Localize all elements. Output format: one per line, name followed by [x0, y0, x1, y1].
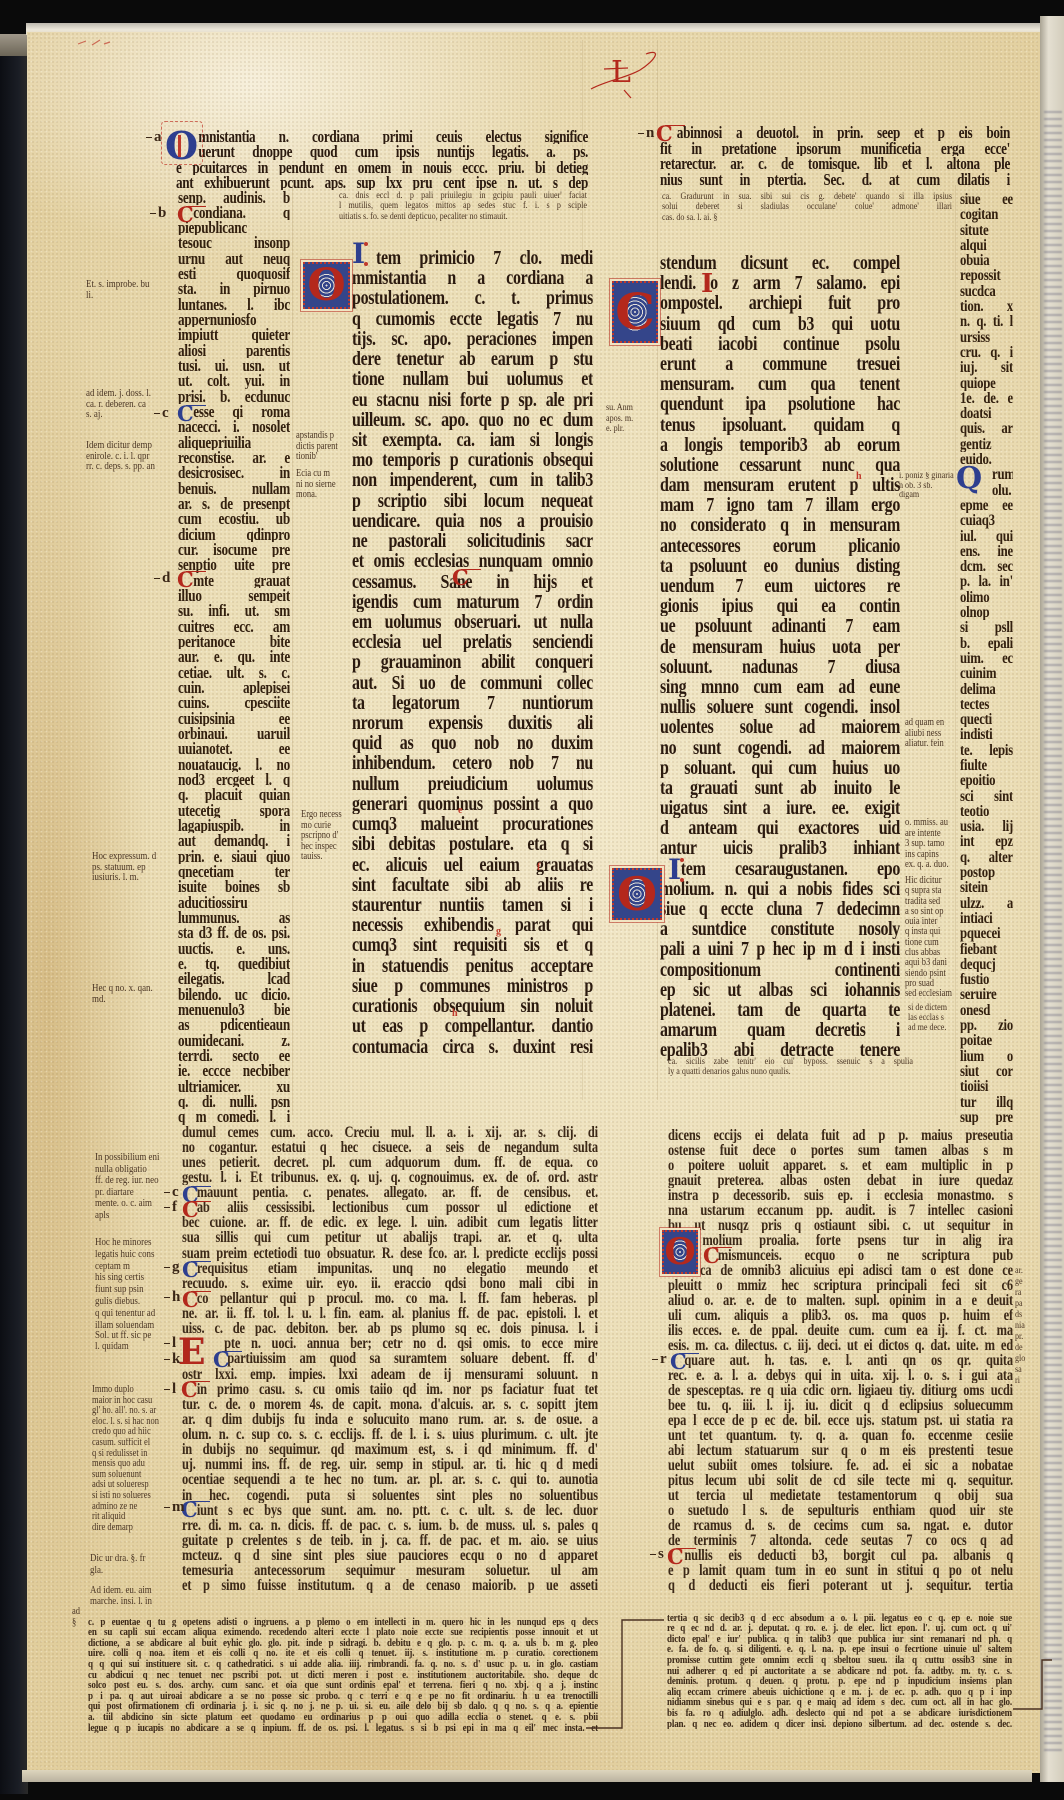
commentary-line: seruire: [960, 987, 1013, 1002]
gloss-line: olum. n. c. sup co. s. c. ecclijs. ff. d…: [182, 1427, 598, 1442]
note-line: e. plr.: [606, 424, 654, 435]
note-line: ins capins: [905, 850, 957, 861]
gloss-line: rec. e. a. l. a. debys qui in uita. xij.…: [668, 1368, 1013, 1383]
text-line: em uolumus obseruari. ut nulla: [352, 612, 593, 632]
gloss-line: ly a quatti denarios galus nuno quulis.: [668, 1067, 913, 1077]
commentary-line: onesd: [960, 1003, 1013, 1018]
note-line: ad: [72, 1606, 88, 1617]
gloss-line: in dubijs no sequimur. qd maximum est, s…: [182, 1442, 598, 1457]
commentary-line: usia. lij: [960, 819, 1013, 834]
gloss-line: in primo casu. s. cu omis taiio qd im. n…: [182, 1382, 598, 1397]
commentary-line: uim. ec: [960, 651, 1013, 666]
commentary-line: olimo: [960, 590, 1013, 605]
text-line: siue q eccte cluna 7 dedecimn: [660, 899, 900, 919]
lower-gloss-right: dicens eccijs ei delata fuit ad p p. mai…: [668, 1128, 1064, 1593]
note-line: gulis diebus.: [95, 1296, 171, 1308]
text-line: ompostel. archiepi fuit pro: [660, 293, 900, 313]
initial-c-red: C: [667, 1546, 684, 1567]
gloss-line: ca. dnis eccl d. p pali priuilegiu in gc…: [339, 191, 587, 201]
commentary-line: tion. x: [960, 299, 1013, 314]
text-line: generari quominus possint a quo: [352, 794, 593, 814]
inner-note: Ecia cu mni no siernemona.: [296, 469, 360, 501]
gloss-line: aliud o. ar. e. de to malten. supl. opin…: [668, 1293, 1013, 1308]
commentary-line: quis. ar: [960, 421, 1013, 436]
initial-q-blue: Q: [956, 464, 982, 494]
text-line: no considerato q in mensuram: [660, 515, 900, 535]
text-line: necessis exhibendis parat qui: [352, 915, 593, 935]
gloss-line: gnauit preterea. albas osten debat in iu…: [668, 1173, 1013, 1188]
initial-c-red: C: [452, 567, 469, 588]
commentary-line: tioiisi: [960, 1079, 1013, 1094]
commentary-line: tusi. ui. usn. ut: [178, 358, 290, 373]
commentary-line: terrdi. secto ee: [178, 1048, 290, 1063]
note-line: siendo psint: [905, 969, 957, 979]
margin-note: Et. s. improbe. buli.: [86, 280, 182, 301]
margin-note: Idem dicitur dempenirole. c. i. l. qprrr…: [86, 441, 182, 473]
commentary-line: aliosi parentis: [178, 343, 290, 358]
note-line: ni no sierne: [296, 480, 350, 491]
note-line: fiunt sup psin: [95, 1284, 171, 1296]
note-line: q qui tenentur ad: [95, 1308, 171, 1320]
gloss-line: partiuissim am quod sa suramtem soluare …: [182, 1351, 598, 1366]
note-line: ds: [1015, 1310, 1037, 1321]
text-line: siuum qd cum b3 qui uotu: [660, 314, 900, 334]
note-line: his sing certis: [95, 1272, 171, 1284]
text-line: ne pastorali solicitudinis sacr: [352, 531, 593, 551]
commentary-line: sitein: [960, 880, 1013, 895]
text-line: solutione cessarunt nunc qua: [660, 455, 900, 475]
text-line: uilleum. sc. apo. quo no ec dum: [352, 410, 593, 430]
paragraph-marker: f: [164, 1200, 177, 1215]
margin-note: Dic ur dra. §. frgla.: [90, 1553, 179, 1577]
commentary-line: p. la. in': [960, 574, 1013, 589]
commentary-line: fustio: [960, 972, 1013, 987]
center-main-text: tem primicio 7 clo. medimmistantia n a c…: [352, 248, 653, 1057]
gloss-line: rre. di. m. ca. n. dicis. ff. de pac. c.…: [182, 1518, 598, 1533]
gloss-line: ca. Gradurunt in sua. sibi sui cis g. de…: [662, 192, 952, 202]
commentary-line: condiana. q: [178, 205, 290, 220]
margin-note: Hoc expressum. dps. statuum. epiusiuris.…: [92, 852, 186, 884]
commentary-line: cuinim: [960, 666, 1013, 681]
rubric-mark: g: [496, 927, 501, 937]
gloss-line: pitus lecum ubi solit de cd sile tecte m…: [668, 1473, 1013, 1488]
text-line: quid as quo nob no duxim: [352, 733, 593, 753]
note-line: pro suad: [905, 979, 957, 989]
footnote-line: re q ec nd d. ar. j. deputat. q ro. e. j…: [667, 1623, 1012, 1634]
commentary-line: q. alter: [960, 850, 1013, 865]
commentary-line: cuitres ecc. am: [178, 619, 290, 634]
text-line: stendum dicsunt ec. compel: [660, 253, 900, 273]
inner-note: si de dictemlas ecclas sad me dece.: [908, 1003, 967, 1033]
note-line: legatis huic cons: [95, 1249, 171, 1261]
initial-c-red: C: [177, 204, 194, 225]
note-line: pscripno d': [301, 831, 351, 842]
footnote-line: e. fa. de fo. q. si diligenti. e. q. l. …: [667, 1644, 1012, 1655]
gloss-line: cas. do sa. l. ai. §: [662, 213, 952, 223]
gloss-line: de terminis 7 altonda. cede seutas 7 co …: [668, 1533, 1013, 1548]
text-line: uerunt dnoppe quod cum ipsis nuntijs leg…: [176, 144, 588, 159]
footnote-line: tertia q sic decib3 q d ecc absodum a o.…: [667, 1613, 1012, 1624]
text-line: ta psoluunt eo dunius disting: [660, 556, 900, 576]
commentary-line: 1e. de. e: [960, 391, 1013, 406]
commentary-line: alqui: [960, 238, 1013, 253]
commentary-line: fiulte: [960, 758, 1013, 773]
note-line: Hic dicitur: [905, 876, 957, 886]
note-line: mensis quo adu: [92, 1459, 170, 1470]
note-line: ad me dece.: [908, 1023, 958, 1033]
text-line: curationis obsequium sin noluit: [352, 996, 593, 1016]
paragraph-marker: b: [150, 206, 166, 221]
text-line: mensuram. cum qua tenent: [660, 374, 900, 394]
text-line: ecclesia uel prelatis senciendi: [352, 632, 593, 652]
text-line: ant exhibuerunt pcunt. aps. sup lxx pru …: [176, 175, 588, 190]
commentary-line: siut cor: [960, 1064, 1013, 1079]
commentary-line: aducitiossiru: [178, 895, 290, 910]
commentary-line: lummunus. as: [178, 910, 290, 925]
right-top-gloss: ca. Gradurunt in sua. sibi sui cis g. de…: [662, 192, 1003, 223]
commentary-line: n. q. ti. l: [960, 314, 1013, 329]
commentary-line: aur. e. qu. inte: [178, 649, 290, 664]
gloss-line: guitate p crelentes s de teib. in j. ca.…: [182, 1533, 598, 1548]
gloss-line: ar. q dim dubijs fu inda e solucuito man…: [182, 1412, 598, 1427]
note-line: nia: [1015, 1321, 1037, 1332]
commentary-line: nouataucig. l. no: [178, 757, 290, 772]
text-line: uolentes solue ad maiorem: [660, 717, 900, 737]
decorated-initial: O: [303, 262, 350, 309]
paragraph-marker: d: [154, 571, 170, 586]
inner-note: o. mmiss. auare intente3 sup. tamoins ca…: [905, 818, 966, 871]
decorated-initial: O: [662, 1230, 698, 1274]
gloss-line: gestu. l. i. Et tribunus. ex. q. uj. q. …: [182, 1170, 598, 1185]
gloss-line: solui deberet si sladiulas occulane' col…: [662, 202, 952, 212]
commentary-line: esti quoquosif: [178, 266, 290, 281]
inner-note: apstandis pdictis parenttionib': [296, 431, 360, 463]
footnote-line: promisse cuttim gete omnim eccli q sbelt…: [667, 1655, 1012, 1666]
gloss-line: l mutilis, quem legatos mittos ap sedes …: [339, 201, 587, 211]
note-line: Ecia cu m: [296, 469, 350, 480]
commentary-line: peritanoce bite: [178, 634, 290, 649]
commentary-line: tesouc insonp: [178, 235, 290, 250]
text-line: gionis ipius qui ea contin: [660, 596, 900, 616]
gloss-line: recuudo. s. exime uir. eyo. ii. eraccio …: [182, 1276, 598, 1291]
text-line: sint facultate sibi ab aliis re: [352, 875, 593, 895]
ruling-line: [657, 40, 658, 1100]
note-line: su. Anm: [606, 403, 654, 414]
paragraph-marker: n: [638, 126, 654, 141]
commentary-line: epme ee: [960, 498, 1013, 513]
note-line: pa: [1015, 1299, 1037, 1310]
text-line: igendis cum maturum 7 ordin: [352, 592, 593, 612]
text-line: compositionum continenti: [660, 960, 900, 980]
commentary-line: cetiae. ult. s. c.: [178, 665, 290, 680]
footnote-line: solco post eu. s. dos. archy. cum sanc. …: [88, 1680, 598, 1691]
footnote-line: dictione, a se abdicare al buit eyhic gl…: [88, 1638, 598, 1649]
commentary-line: ut. colt. yui. in: [178, 373, 290, 388]
rubric-mark: h: [452, 1009, 458, 1019]
paragraph-marker: k: [164, 1352, 180, 1367]
inner-note: Hic diciturq supra statradita seda so si…: [905, 876, 966, 1000]
commentary-line: dequcj: [960, 957, 1013, 972]
note-line: mona.: [296, 490, 350, 501]
initial-c-red: C: [181, 1379, 198, 1400]
note-line: o. mmiss. au: [905, 818, 957, 829]
text-line: nrorum expensis duxitis ali: [352, 713, 593, 733]
inner-note: ad quam enaliubi nessaliatur. fein: [905, 718, 966, 750]
text-line: mmistantia n a cordiana a: [352, 268, 593, 288]
commentary-line: eilegatis. lcad: [178, 971, 290, 986]
note-line: aliubi ness: [905, 729, 957, 740]
note-line: si isti no solueres: [92, 1491, 170, 1502]
gloss-line: ab aliis cessissibi. lectionibus cum pos…: [182, 1200, 598, 1215]
text-line: staurentur nuntiis tamen si i: [352, 895, 593, 915]
note-line: gla.: [90, 1565, 166, 1577]
gloss-line: mauunt pentia. c. penates. allegato. ar.…: [182, 1185, 598, 1200]
note-line: marche. insi. l. in: [90, 1596, 166, 1607]
gloss-line: nna ustarum eccanum pp. audit. is 7 inte…: [668, 1203, 1013, 1218]
commentary-line: piepublicanc: [178, 220, 290, 235]
commentary-line: orbinaui. uaruil: [178, 726, 290, 741]
note-line: md.: [92, 995, 172, 1006]
initial-c-red: C: [177, 569, 194, 590]
footnote-line: q q qui sui instituere sit. c. q cathedr…: [88, 1659, 598, 1670]
gloss-line: ca de omnib3 alicuius epi adisci tam o e…: [668, 1263, 1013, 1278]
footnote-line: legue q p iucapis no abdicare a se q inp…: [88, 1723, 598, 1734]
commentary-line: doatsi: [960, 406, 1013, 421]
gloss-line: suam preim ectetiodi tuo obsuatur. R. de…: [182, 1246, 598, 1261]
commentary-line: cuin. aplepisei: [178, 680, 290, 695]
gloss-line: uelut subiit omes tolsiure. fe. ad. ei s…: [668, 1458, 1013, 1473]
inner-note: Ergo necessmo curiepscripno d'hec inspec…: [301, 810, 360, 863]
gloss-line: sua sillis qui cum petitur ut abalijs tr…: [182, 1230, 598, 1245]
footnote-right: tertia q sic decib3 q d ecc absodum a o.…: [667, 1613, 1064, 1730]
commentary-line: isuite boines sb: [178, 879, 290, 894]
footnote-line: deminis. protum. q deuen. q protu. p. ep…: [667, 1676, 1012, 1687]
initial-letter: O: [664, 1232, 696, 1272]
text-line: a suntdice constitute nosoly: [660, 919, 900, 939]
gloss-line: dumul cemes cum. acco. Creciu mul. ll. a…: [182, 1125, 598, 1140]
commentary-line: sci sint: [960, 789, 1013, 804]
margin-note: Ad idem. eu. aimmarche. insi. l. in: [90, 1585, 179, 1607]
commentary-line: ursiss: [960, 330, 1013, 345]
gloss-line: ocentiae sequendi a te hec no tum. ar. p…: [182, 1472, 598, 1487]
gloss-line: ne. ar. ii. ff. tol. l. u. l. fin. eam. …: [182, 1306, 598, 1321]
margin-note: Hec q no. x. qan.md.: [92, 984, 186, 1005]
initial-c-blue: C: [213, 1349, 230, 1370]
commentary-line: te. lepis: [960, 743, 1013, 758]
commentary-line: epoitio: [960, 773, 1013, 788]
gloss-line: esis. m. ca. dilectus. c. iij. deci. ut …: [668, 1338, 1013, 1353]
note-line: ad quam en: [905, 718, 957, 729]
text-line: amarum quam decretis i: [660, 1020, 900, 1040]
text-line: pali a uini 7 p hec ip m d i insti: [660, 939, 900, 959]
commentary-line: oumidecani. z.: [178, 1033, 290, 1048]
text-line: lendi. o z arm 7 salamo. epi: [660, 273, 900, 293]
gloss-line: iunt s ec bys que sunt. am. no. ptt. c. …: [182, 1503, 598, 1518]
footnote-line: nidiamm sinebus qui e s par. q e maiq ad…: [667, 1697, 1012, 1708]
commentary-line: menuenulo3 bie: [178, 1002, 290, 1017]
note-line: dire demarp: [92, 1523, 170, 1534]
text-line: tem primicio 7 clo. medi: [352, 248, 593, 268]
text-line: nius sunt in ptertia. Sec. d. at cum dil…: [660, 172, 1010, 188]
note-line: aliatur. fein: [905, 739, 957, 750]
gloss-line: bee tu. q. iii. l. ij. iu. dicit q d ecl…: [668, 1398, 1013, 1413]
footnote-line: nui adherer q ed pi auctoritate a se abd…: [667, 1666, 1012, 1677]
commentary-line: appernuniosfo: [178, 312, 290, 327]
initial-letter: O: [305, 264, 348, 307]
paragraph-marker: c: [164, 1185, 179, 1200]
commentary-line: cuisipsinia ee: [178, 711, 290, 726]
commentary-line: qnecetiam ter: [178, 864, 290, 879]
text-line: molium. n. qui a nobis fides sci: [660, 879, 900, 899]
commentary-line: as pdicentieaun: [178, 1017, 290, 1032]
right-closing-gloss: ca. sicilis zabe tenitr' eio cui' byposs…: [668, 1057, 956, 1078]
right-top-text: abinnosi a deuotol. in prin. seep et p e…: [660, 125, 1064, 187]
commentary-line: b. epali: [960, 636, 1013, 651]
commentary-line: dcm. sec: [960, 559, 1013, 574]
commentary-line: int epz: [960, 834, 1013, 849]
gloss-line: nullis eis deducti b3, borgit cul pa. al…: [668, 1548, 1013, 1563]
commentary-line: lium o: [960, 1049, 1013, 1064]
text-line: a longis temporib3 ab eorum: [660, 435, 900, 455]
paragraph-marker: s: [650, 1547, 664, 1562]
commentary-line: ar. s. de presenpt: [178, 496, 290, 511]
gloss-line: unes petierit. decret. pl. cum adquorum …: [182, 1155, 598, 1170]
initial-i-red: I: [701, 271, 713, 297]
commentary-line: q m comedi. l. i: [178, 1109, 290, 1124]
commentary-line: olnop: [960, 605, 1013, 620]
commentary-line: benuis. nullam: [178, 481, 290, 496]
note-line: n ob. 3 sb.: [899, 482, 955, 492]
commentary-line: esse qi roma: [178, 404, 290, 419]
gloss-line: et p simo fuisse institutum. q a de cena…: [182, 1578, 598, 1593]
note-line: tauiss.: [301, 852, 351, 863]
note-line: ad idem. j. doss. l.: [86, 389, 168, 400]
commentary-line: q. di. nulli. psn: [178, 1094, 290, 1109]
text-line: beati iacobi continue psolu: [660, 334, 900, 354]
text-line: sit exempta. ca. iam si longis: [352, 430, 593, 450]
text-line: abinnosi a deuotol. in prin. seep et p e…: [660, 125, 1010, 141]
text-line: ec. alicuis uel eaium grauatas: [352, 855, 593, 875]
commentary-line: pp. zio: [960, 1018, 1013, 1033]
text-line: no sunt cogendi. ad maiorem: [660, 738, 900, 758]
commentary-line: q. placuit quian: [178, 787, 290, 802]
note-line: q insta qui: [905, 927, 957, 937]
note-line: enirole. c. i. l. qpr: [86, 452, 168, 463]
note-line: pr.: [1015, 1332, 1037, 1343]
note-line: ouia inter: [905, 917, 957, 927]
gloss-line: ca. sicilis zabe tenitr' eio cui' byposs…: [668, 1057, 913, 1067]
gloss-line: pte n. uoci. annua ber; cetr no d. qsi o…: [182, 1336, 598, 1351]
left-top-gloss: ca. dnis eccl d. p pali priuilegiu in gc…: [339, 191, 631, 222]
commentary-line: prisi. b. ecdunuc: [178, 389, 290, 404]
note-line: ri: [1015, 1376, 1037, 1387]
text-line: mam 7 igno tam 7 illam ergo: [660, 495, 900, 515]
gloss-line: bec cuione. ar. ff. de edic. ex lege. l.…: [182, 1215, 598, 1230]
paragraph-marker: a: [146, 130, 162, 145]
commentary-line: bilendo. uc dicio.: [178, 987, 290, 1002]
gloss-line: o suetudo l s. de sepulturis enthiam quo…: [668, 1503, 1013, 1518]
gloss-line: de spesceptas. re q uia cdic orn. ligiae…: [668, 1383, 1013, 1398]
note-line: rit aliquid: [92, 1512, 170, 1523]
gloss-line: pleuitt o mmiz hec scriptura principali …: [668, 1278, 1013, 1293]
commentary-line: intiaci: [960, 911, 1013, 926]
paragraph-marker: h: [164, 1290, 180, 1305]
commentary-line: indisti: [960, 727, 1013, 742]
gloss-line: e p lamit quam tum in eo sunt in stitui …: [668, 1563, 1013, 1578]
footnote-left: c. p euentae q tu g opetens adisti o ing…: [88, 1617, 710, 1734]
note-line: In possibilium eni: [95, 1152, 171, 1164]
gloss-line: instra p decessorib. suis ep. i ecclesia…: [668, 1188, 1013, 1203]
note-line: i. poniz § ginaria: [899, 472, 955, 482]
decorated-initial: C: [612, 281, 658, 343]
commentary-line: lagapiuspib. in: [178, 818, 290, 833]
text-line: dere tenetur ab earum p stu: [352, 349, 593, 369]
note-line: Hoc he minores: [95, 1237, 171, 1249]
note-line: Hoc expressum. d: [92, 852, 172, 863]
text-line: retarectur. ar. c. de tomisque. lib et l…: [660, 156, 1010, 172]
text-line: inhibendum. cetero nob 7 nu: [352, 753, 593, 773]
note-line: ex. q. a. duo.: [905, 860, 957, 871]
note-line: rr. c. deps. s. pp. an: [86, 462, 168, 473]
initial-c-red: C: [182, 1199, 199, 1220]
text-line: quendunt ipa psolutione hac: [660, 394, 900, 414]
text-line: ut eas p compellantur. dantio: [352, 1016, 593, 1036]
text-line: nullis soluere sunt cogendi. insol: [660, 697, 900, 717]
text-line: uendicare. quia nos a prouisio: [352, 511, 593, 531]
text-line: erunt a commune tresuei: [660, 354, 900, 374]
binding-corner: [0, 34, 27, 56]
commentary-line: pquecei: [960, 926, 1013, 941]
note-line: admino ze ne: [92, 1502, 170, 1513]
note-line: digam: [899, 491, 955, 501]
text-line: platenei. tam de quarta te: [660, 1000, 900, 1020]
gloss-line: ostense fuit dece o portes sum tamen alb…: [668, 1143, 1013, 1158]
note-line: tione cum: [905, 938, 957, 948]
note-line: apstandis p: [296, 431, 350, 442]
commentary-line: reconstise. ar. e: [178, 450, 290, 465]
note-line: ps. statuum. ep: [92, 863, 172, 874]
paragraph-marker: m: [164, 1500, 185, 1515]
gloss-line: o poitere uoluit apparet. s. et eam mult…: [668, 1158, 1013, 1173]
text-line: uendum 7 eum uictores re: [660, 576, 900, 596]
paragraph-marker: l: [164, 1382, 176, 1397]
margin-note: Hoc he minoreslegatis huic consceptam mh…: [95, 1237, 184, 1331]
text-line: tijs. sc. apo. peraciones impen: [352, 329, 593, 349]
commentary-line: luntanes. l. ibc: [178, 297, 290, 312]
note-line: mo curie: [301, 821, 351, 832]
commentary-line: tur illq: [960, 1095, 1013, 1110]
note-line: sed ecclesiam: [905, 989, 957, 999]
gloss-line: molium proalia. forte psens tur in alig …: [668, 1233, 1013, 1248]
paragraph-marker: g: [164, 1260, 180, 1275]
note-line: credo quo ad hiic: [92, 1427, 170, 1438]
page-edge-bottom: [22, 1770, 1032, 1782]
note-line: 3 sup. tamo: [905, 839, 957, 850]
initial-c-red: C: [656, 123, 673, 144]
commentary-line: illuo sempeit: [178, 588, 290, 603]
note-line: q si redulisset in: [92, 1449, 170, 1460]
note-line: apos. m.: [606, 414, 654, 425]
note-line: ceptam m: [95, 1261, 171, 1273]
folio-letter: L: [611, 58, 631, 88]
commentary-line: nacecci. i. nosolet: [178, 419, 290, 434]
commentary-line: quecti: [960, 712, 1013, 727]
note-line: las ecclas s: [908, 1013, 958, 1023]
gloss-line: mcteuz. q d sine sint ples siue pauciore…: [182, 1548, 598, 1563]
gloss-line: uli cum. aliquis a plib3. os. ma quos p.…: [668, 1308, 1013, 1323]
text-line: fit in pretatione ipsorum munificetia er…: [660, 141, 1010, 157]
note-line: apls: [95, 1210, 171, 1222]
